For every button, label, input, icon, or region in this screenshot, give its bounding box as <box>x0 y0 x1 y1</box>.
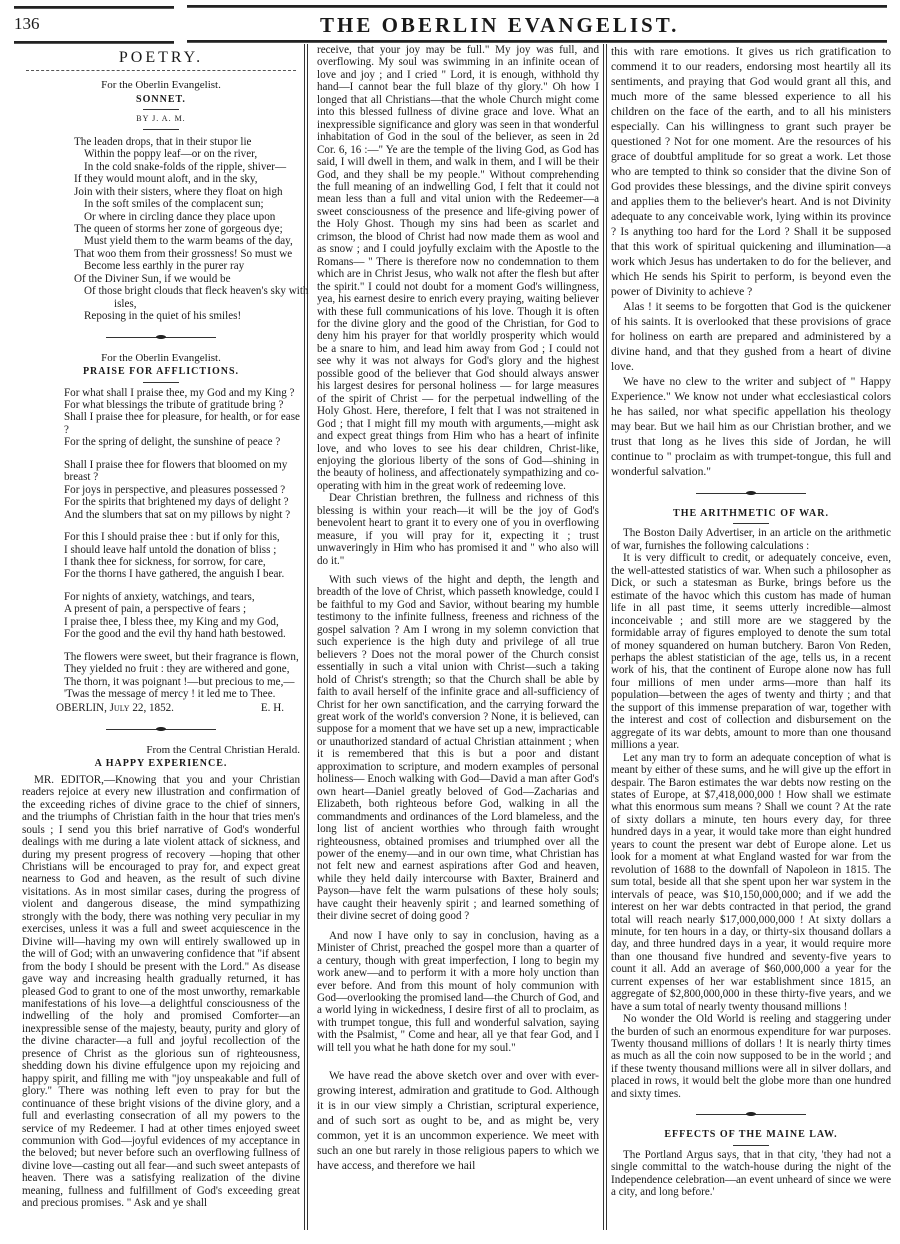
poem-line: I praise thee, I bless thee, my King and… <box>64 616 300 628</box>
poem-line: Shall I praise thee for pleasure, for he… <box>64 411 300 436</box>
poem-line: 'Twas the message of mercy ! it led me t… <box>64 688 300 700</box>
poem-line: I thank thee for sickness, for sorrow, f… <box>64 556 300 568</box>
war-title: THE ARITHMETIC OF WAR. <box>611 508 891 520</box>
poem-line: The queen of storms her zone of gorgeous… <box>74 223 300 235</box>
poem-line: For the spirits that brightened my days … <box>64 496 300 508</box>
poem-line: For the good and the evil thy hand hath … <box>64 628 300 640</box>
editorial-paragraph: this with rare emotions. It gives us ric… <box>611 44 891 299</box>
article-paragraph: The Portland Argus says, that in that ci… <box>611 1149 891 1199</box>
poem-line: Shall I praise thee for flowers that blo… <box>64 459 300 484</box>
stanza: Shall I praise thee for flowers that blo… <box>64 459 300 521</box>
editorial-paragraph: We have no clew to the writer and subjec… <box>611 374 891 479</box>
maine-title: EFFECTS OF THE MAINE LAW. <box>611 1129 891 1141</box>
column-divider-1 <box>304 44 308 1230</box>
paragraph-text: —Knowing that you and your Christian rea… <box>22 774 300 1209</box>
page-number: 136 <box>14 14 40 34</box>
poem-line: A present of pain, a perspective of fear… <box>64 603 300 615</box>
editorial-continued: this with rare emotions. It gives us ric… <box>611 44 891 479</box>
poem-line: isles, <box>74 298 300 310</box>
poem-line: They yielded no fruit : they are withere… <box>64 663 300 675</box>
poem-line: The thorn, it was poignant !—but preciou… <box>64 676 300 688</box>
poem-line: That woo them from their grossness! So m… <box>74 248 300 260</box>
praise-signature-line: OBERLIN, July 22, 1852. E. H. <box>22 702 300 714</box>
column-2: receive, that your joy may be full." My … <box>317 44 599 1173</box>
stanza: For nights of anxiety, watchings, and te… <box>64 591 300 641</box>
happy-title: A HAPPY EXPERIENCE. <box>22 758 300 770</box>
stanza: The flowers were sweet, but their fragra… <box>64 651 300 701</box>
ornament-divider <box>696 493 806 494</box>
poem-line: If they would mount aloft, and in the sk… <box>74 173 300 185</box>
poem-line: I should leave half untold the donation … <box>64 544 300 556</box>
article-paragraph: No wonder the Old World is reeling and s… <box>611 1013 891 1100</box>
poem-line: In the soft smiles of the complacent sun… <box>74 198 300 210</box>
place-date: OBERLIN, July 22, 1852. <box>56 702 174 714</box>
sonnet: For the Oberlin Evangelist. SONNET. BY J… <box>22 79 300 322</box>
short-rule <box>733 523 769 524</box>
section-title-poetry: POETRY. <box>22 52 300 64</box>
poem-line: Of those bright clouds that fleck heaven… <box>74 285 300 297</box>
author-initials: E. H. <box>261 702 284 714</box>
poem-line: Of the Diviner Sun, if we would be <box>74 273 300 285</box>
poem-line: Become less earthly in the purer ray <box>74 260 300 272</box>
poem-line: For what blessings the tribute of gratit… <box>64 399 300 411</box>
poem-line: Or where in circling dance they place up… <box>74 211 300 223</box>
happy-experience: From the Central Christian Herald. A HAP… <box>22 744 300 1210</box>
article-paragraph: The Boston Daily Advertiser, in an artic… <box>611 527 891 552</box>
poem-line: For the spring of delight, the sunshine … <box>64 436 300 448</box>
poem-line: For this I should praise thee : but if o… <box>64 531 300 543</box>
ornament-divider <box>106 729 216 730</box>
poem-line: For what shall I praise thee, my God and… <box>64 387 300 399</box>
column-1: POETRY. For the Oberlin Evangelist. SONN… <box>22 44 300 1210</box>
header-rule-right-bottom <box>187 40 887 43</box>
article-paragraph: And now I have only to say in conclusion… <box>317 930 599 1055</box>
poem-line: Reposing in the quiet of his smiles! <box>74 310 300 322</box>
praise-source: For the Oberlin Evangelist. <box>22 352 300 364</box>
poem-line: The flowers were sweet, but their fragra… <box>64 651 300 663</box>
sonnet-source: For the Oberlin Evangelist. <box>22 79 300 91</box>
header-rule-right-top <box>187 5 887 8</box>
poem-line: Join with their sisters, where they floa… <box>74 186 300 198</box>
wavy-rule <box>26 70 296 71</box>
article-paragraph: receive, that your joy may be full." My … <box>317 44 599 492</box>
editorial-paragraph: We have read the above sketch over and o… <box>317 1068 599 1173</box>
poem-line: And the slumbers that sat on my pillows … <box>64 509 300 521</box>
column-3: this with rare emotions. It gives us ric… <box>611 44 891 1199</box>
sonnet-lines: The leaden drops, that in their stupor l… <box>22 136 300 323</box>
masthead: THE OBERLIN EVANGELIST. <box>320 13 679 38</box>
praise-title: PRAISE FOR AFFLICTIONS. <box>22 366 300 378</box>
poem-line: For joys in perspective, and pleasures p… <box>64 484 300 496</box>
editorial-paragraph: Alas ! it seems to be forgotten that God… <box>611 299 891 374</box>
effects-of-maine-law: EFFECTS OF THE MAINE LAW. The Portland A… <box>611 1129 891 1198</box>
ornament-divider <box>106 337 216 338</box>
stanza: For this I should praise thee : but if o… <box>64 531 300 581</box>
praise-for-afflictions: For the Oberlin Evangelist. PRAISE FOR A… <box>22 352 300 715</box>
article-paragraph: Let any man try to form an adequate conc… <box>611 752 891 1014</box>
article-paragraph: MR. EDITOR,—Knowing that you and your Ch… <box>22 774 300 1210</box>
sonnet-byline: BY J. A. M. <box>22 113 300 125</box>
salutation: MR. EDITOR, <box>34 774 104 786</box>
article-paragraph: With such views of the hight and depth, … <box>317 574 599 923</box>
column-divider-2 <box>603 44 607 1230</box>
arithmetic-of-war: THE ARITHMETIC OF WAR. The Boston Daily … <box>611 508 891 1100</box>
article-paragraph: It is very difficult to credit, or adequ… <box>611 552 891 751</box>
stanza: For what shall I praise thee, my God and… <box>64 387 300 449</box>
poem-line: The leaden drops, that in their stupor l… <box>74 136 300 148</box>
short-rule <box>143 382 179 383</box>
poem-line: For the thorns I have gathered, the angu… <box>64 568 300 580</box>
short-rule <box>143 109 179 110</box>
short-rule <box>733 1145 769 1146</box>
sonnet-title: SONNET. <box>22 94 300 106</box>
short-rule <box>143 129 179 130</box>
poem-line: In the cold snake-folds of the ripple, s… <box>74 161 300 173</box>
poem-line: Within the poppy leaf—or on the river, <box>74 148 300 160</box>
poem-line: Must yield them to the warm beams of the… <box>74 235 300 247</box>
ornament-divider <box>696 1114 806 1115</box>
praise-stanzas: For what shall I praise thee, my God and… <box>22 387 300 701</box>
poem-line: For nights of anxiety, watchings, and te… <box>64 591 300 603</box>
happy-source: From the Central Christian Herald. <box>22 744 300 756</box>
article-paragraph: Dear Christian brethren, the fullness an… <box>317 492 599 567</box>
header-rule-left-top <box>14 6 174 9</box>
